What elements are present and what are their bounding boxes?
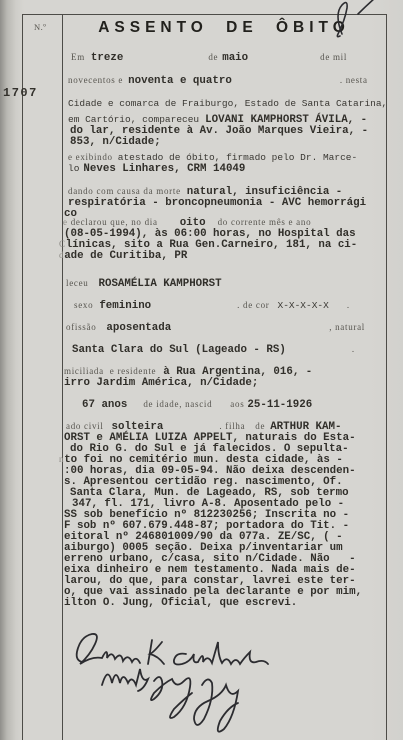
text-segment: e residente bbox=[110, 366, 156, 376]
text-segment: atestado de óbito, firmado pelo Dr. Marc… bbox=[118, 152, 357, 163]
text-segment: irro Jardim América, n/Cidade; bbox=[64, 377, 258, 389]
text-segment: 25-11-1926 bbox=[247, 399, 312, 411]
text-segment: Neves Linhares, CRM 14049 bbox=[83, 163, 245, 175]
text-segment: Em bbox=[71, 52, 85, 62]
text-segment: e exibindo bbox=[68, 152, 113, 162]
text-segment: C bbox=[59, 239, 66, 249]
text-segment: X-X-X-X-X bbox=[278, 300, 329, 311]
text-segment: leceu bbox=[66, 278, 88, 288]
record-number: 1707 bbox=[3, 86, 38, 100]
text-segment: aposentada bbox=[106, 322, 171, 334]
text-segment: noventa e quatro bbox=[128, 75, 232, 87]
text-segment: de bbox=[255, 421, 265, 431]
text-segment: lo bbox=[68, 163, 79, 174]
document-line: dade de Curitiba, PR bbox=[62, 250, 398, 262]
text-segment: ROSAMÉLIA KAMPHORST bbox=[98, 278, 221, 290]
text-segment: de idade, nascid bbox=[143, 399, 212, 409]
text-segment: ade de Curitiba, PR bbox=[64, 250, 187, 262]
text-segment: 853, n/Cidade; bbox=[70, 136, 161, 148]
text-segment: . filha bbox=[219, 421, 245, 431]
text-segment: . nesta bbox=[340, 75, 368, 85]
text-segment: de mil bbox=[320, 52, 347, 62]
document-line: novecentos enoventa e quatro. nesta bbox=[62, 75, 398, 87]
text-segment: declarou que, no dia bbox=[71, 217, 158, 227]
text-segment: . de cor bbox=[237, 300, 269, 310]
text-segment: ado civil bbox=[66, 421, 104, 431]
text-segment: ofissão bbox=[66, 322, 96, 332]
text-segment: . bbox=[347, 300, 350, 310]
text-segment: novecentos e bbox=[68, 75, 123, 85]
text-segment: aos bbox=[230, 399, 244, 409]
document-line: sexofeminino. de corX-X-X-X-X. bbox=[62, 300, 398, 312]
text-segment: . bbox=[352, 344, 355, 354]
text-segment: sexo bbox=[74, 300, 93, 310]
text-segment: do corrente mês e ano bbox=[218, 217, 312, 227]
form-left-border bbox=[22, 14, 23, 740]
text-segment: miciliada bbox=[64, 366, 104, 376]
document-line: 67 anosde idade, nascidaos25-11-1926 bbox=[62, 399, 398, 411]
text-segment: Santa Clara do Sul (Lageado - RS) bbox=[72, 344, 286, 356]
text-segment: e bbox=[63, 217, 68, 227]
text-segment: 67 anos bbox=[82, 399, 127, 411]
document-line: irro Jardim América, n/Cidade; bbox=[62, 377, 398, 389]
document-line: ilton O. Jung, Oficial, que escrevi. bbox=[62, 597, 398, 609]
document-line: Cidade e comarca de Fraiburgo, Estado de… bbox=[62, 98, 398, 109]
text-segment: maio bbox=[222, 52, 248, 64]
text-segment: feminino bbox=[99, 300, 151, 312]
text-segment: dando com causa da morte bbox=[68, 186, 181, 196]
text-segment: em Cartório, compareceu bbox=[68, 114, 199, 125]
text-segment: ilton O. Jung, Oficial, que escrevi. bbox=[64, 597, 297, 609]
document-line: leceuROSAMÉLIA KAMPHORST bbox=[62, 278, 398, 290]
pen-flourish bbox=[290, 0, 390, 48]
document-line: loNeves Linhares, CRM 14049 bbox=[62, 163, 398, 175]
record-number-label: N.º bbox=[34, 22, 46, 32]
scanned-death-record-page: { "page": { "title": "ASSENTO DE ÔBITO",… bbox=[0, 0, 403, 740]
text-segment: de bbox=[208, 52, 218, 62]
document-line: 853, n/Cidade; bbox=[62, 136, 398, 148]
document-line: Emtrezedemaiode mil bbox=[62, 52, 398, 64]
official-signature bbox=[90, 655, 310, 740]
document-line: ofissãoaposentada, natural bbox=[62, 322, 398, 334]
text-segment: , natural bbox=[329, 322, 365, 332]
document-line: e exibindoatestado de óbito, firmado pel… bbox=[62, 152, 398, 163]
document-line: Santa Clara do Sul (Lageado - RS). bbox=[62, 344, 398, 356]
text-segment: Cidade e comarca de Fraiburgo, Estado de… bbox=[68, 98, 387, 109]
text-segment: treze bbox=[91, 52, 123, 64]
